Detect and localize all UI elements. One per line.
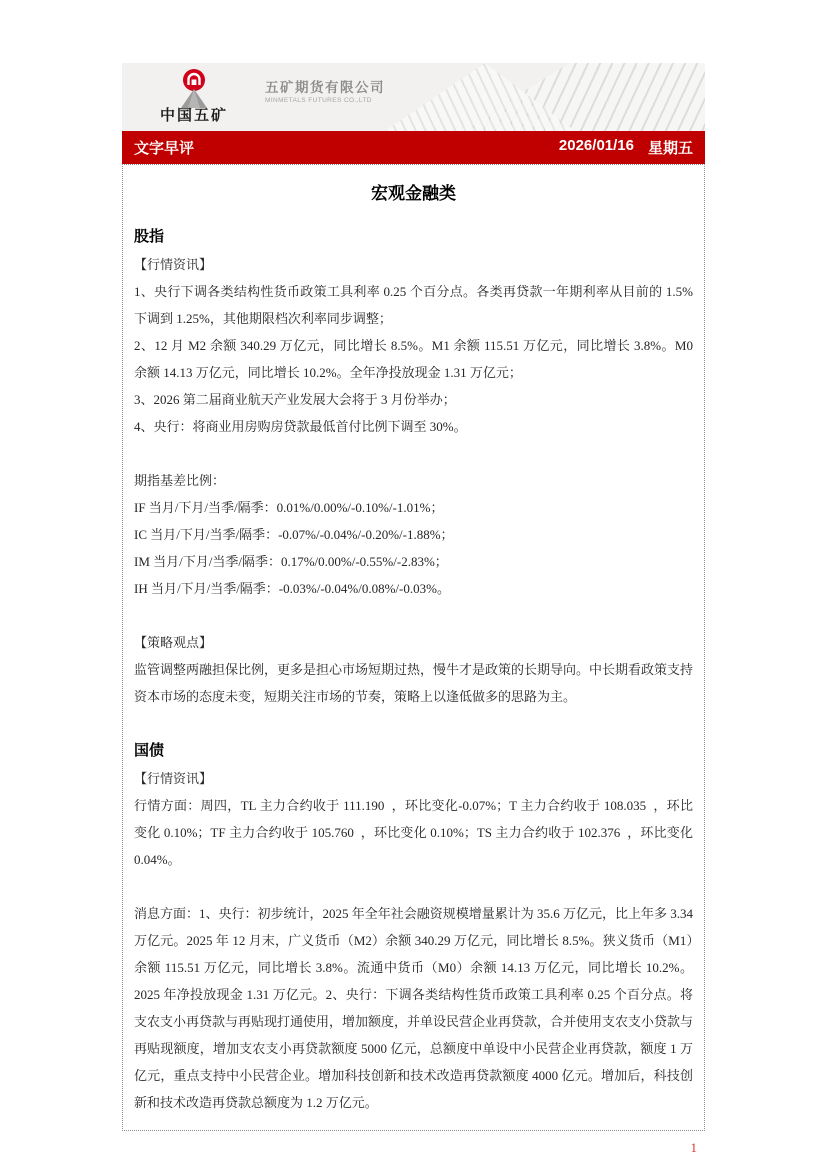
minmetals-emblem-icon bbox=[176, 68, 212, 110]
blank-line bbox=[134, 710, 693, 737]
header-logo-strip: 中国五矿 五矿期货有限公司 MINMETALS FUTURES CO.,LTD bbox=[122, 63, 705, 131]
paragraph: 3、2026 第二届商业航天产业发展大会将于 3 月份举办； bbox=[134, 386, 693, 413]
company-name-en: MINMETALS FUTURES CO.,LTD bbox=[265, 96, 385, 105]
minmetals-logo: 中国五矿 bbox=[148, 68, 240, 123]
building-background-graphic bbox=[385, 63, 585, 131]
doc-body: 宏观金融类股指【行情资讯】1、央行下调各类结构性货币政策工具利率 0.25 个百… bbox=[122, 164, 705, 1131]
company-name-cn: 五矿期货有限公司 bbox=[265, 80, 385, 96]
blank-line bbox=[134, 440, 693, 467]
paragraph: 监管调整两融担保比例，更多是担心市场短期过热，慢牛才是政策的长期导向。中长期看政… bbox=[134, 656, 693, 710]
data-line: IM 当月/下月/当季/隔季：0.17%/0.00%/-0.55%/-2.83%… bbox=[134, 548, 693, 575]
paragraph: 2、12 月 M2 余额 340.29 万亿元，同比增长 8.5%。M1 余额 … bbox=[134, 332, 693, 386]
subsection-label: 【策略观点】 bbox=[134, 629, 693, 656]
paragraph: 1、央行下调各类结构性货币政策工具利率 0.25 个百分点。各类再贷款一年期利率… bbox=[134, 278, 693, 332]
building-background-graphic bbox=[405, 63, 705, 131]
data-line: 期指基差比例： bbox=[134, 467, 693, 494]
paragraph: 4、央行：将商业用房购房贷款最低首付比例下调至 30%。 bbox=[134, 413, 693, 440]
report-date-value: 2026/01/16 bbox=[559, 137, 634, 158]
category-title: 宏观金融类 bbox=[134, 179, 693, 209]
section-heading: 国债 bbox=[134, 737, 693, 765]
paragraph: 行情方面：周四，TL 主力合约收于 111.190 ，环比变化-0.07%；T … bbox=[134, 792, 693, 873]
data-line: IH 当月/下月/当季/隔季：-0.03%/-0.04%/0.08%/-0.03… bbox=[134, 575, 693, 602]
subsection-label: 【行情资讯】 bbox=[134, 765, 693, 792]
title-banner: 文字早评 2026/01/16 星期五 bbox=[122, 131, 705, 164]
blank-line bbox=[134, 602, 693, 629]
report-type-label: 文字早评 bbox=[134, 137, 194, 158]
page-number: 1 bbox=[691, 1140, 698, 1155]
blank-line bbox=[134, 873, 693, 900]
company-name-block: 五矿期货有限公司 MINMETALS FUTURES CO.,LTD bbox=[265, 80, 385, 105]
document-column: 中国五矿 五矿期货有限公司 MINMETALS FUTURES CO.,LTD … bbox=[122, 63, 705, 1157]
report-weekday: 星期五 bbox=[648, 137, 693, 158]
report-date: 2026/01/16 星期五 bbox=[559, 137, 693, 158]
subsection-label: 【行情资讯】 bbox=[134, 251, 693, 278]
page-footer: 1 bbox=[122, 1131, 705, 1157]
data-line: IF 当月/下月/当季/隔季：0.01%/0.00%/-0.10%/-1.01%… bbox=[134, 494, 693, 521]
section-heading: 股指 bbox=[134, 223, 693, 251]
data-line: IC 当月/下月/当季/隔季：-0.07%/-0.04%/-0.20%/-1.8… bbox=[134, 521, 693, 548]
paragraph: 消息方面：1、央行：初步统计，2025 年全年社会融资规模增量累计为 35.6 … bbox=[134, 900, 693, 1116]
logo-cn-text: 中国五矿 bbox=[148, 108, 240, 123]
